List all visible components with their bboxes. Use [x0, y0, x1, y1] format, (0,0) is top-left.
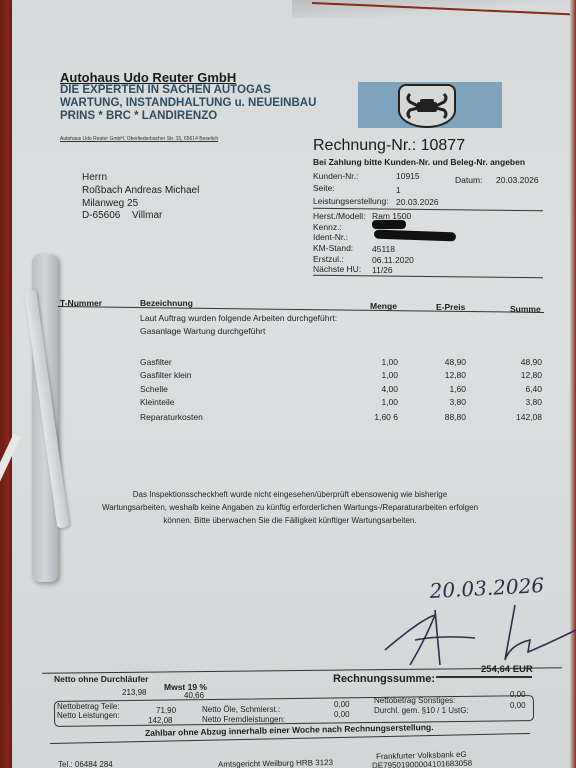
customer-no-label: Kunden-Nr.:: [313, 171, 358, 181]
work-intro: Laut Auftrag wurden folgende Arbeiten du…: [140, 313, 337, 323]
service-date-label: Leistungserstellung:: [313, 196, 389, 206]
external-amount: 0,00: [334, 710, 350, 719]
next-inspection: 11/26: [372, 265, 393, 275]
net-label: Netto ohne Durchläufer: [54, 674, 148, 684]
sum-underline: [436, 676, 532, 678]
recipient-postal-code: D-65606: [82, 210, 120, 221]
plate-redaction: [372, 220, 406, 229]
parts-amount: 71,90: [156, 706, 176, 715]
inspection-notice: Das Inspektionsscheckheft wurde nicht ei…: [100, 488, 480, 527]
company-logo: [358, 82, 502, 128]
page-number: 1: [396, 185, 401, 195]
handwritten-signature: 20.03.2026: [380, 570, 576, 670]
payment-note: Bei Zahlung bitte Kunden-Nr. und Beleg-N…: [313, 157, 525, 167]
recipient-name: Roßbach Andreas Michael: [82, 185, 199, 196]
footer-phone: Tel.: 06484 284: [58, 760, 113, 768]
next-hu-label: Nächste HU:: [313, 264, 361, 274]
net-amount: 213,98: [122, 688, 146, 697]
company-name: Autohaus Udo Reuter GmbH: [60, 70, 236, 85]
page-label: Seite:: [313, 183, 335, 193]
footer-court: Amtsgericht Weilburg HRB 3123: [218, 758, 333, 768]
company-tagline-1: DIE EXPERTEN IN SACHEN AUTOGAS: [60, 84, 271, 97]
transit-label: Durchl. gem. §10 / 1 UstG:: [374, 706, 469, 715]
item-quantity: 1,60 6: [362, 412, 398, 422]
invoice-title: Rechnung-Nr.: 10877: [313, 137, 465, 155]
oils-amount: 0,00: [334, 700, 350, 709]
invoice-date: 20.03.2026: [496, 175, 539, 185]
company-tagline-3: PRINS * BRC * LANDIRENZO: [60, 110, 217, 123]
external-label: Netto Fremdleistungen:: [202, 715, 285, 724]
oils-label: Netto Öle, Schmierst.:: [202, 705, 280, 714]
customer-no: 10915: [396, 171, 420, 181]
first-registration: 06.11.2020: [372, 255, 414, 265]
sender-line: Autohaus Udo Reuter GmbH, Oberliederbach…: [60, 136, 218, 142]
vin-label: Ident-Nr.:: [313, 232, 348, 242]
item-unit-price: 88,80: [430, 412, 466, 422]
item-quantity: 4,00: [362, 384, 398, 394]
item-unit-price: 1,60: [430, 384, 466, 394]
item-description: Reparaturkosten: [140, 412, 203, 422]
recipient-city: Villmar: [132, 210, 162, 221]
item-sum: 3,80: [500, 397, 542, 407]
handwritten-date: 20.03.2026: [428, 573, 545, 603]
other-label: Nettobetrag Sonstiges:: [374, 696, 455, 705]
model-label: Herst./Modell:: [313, 211, 365, 221]
plate-label: Kennz.:: [313, 222, 342, 232]
wrench-car-shield-icon: [398, 84, 456, 128]
invoice-sum-label: Rechnungssumme:: [333, 673, 435, 685]
company-tagline-2: WARTUNG, INSTANDHALTUNG u. NEUEINBAU: [60, 97, 316, 110]
invoice-sum: 254,64 EUR: [481, 664, 533, 675]
item-unit-price: 48,90: [430, 357, 466, 367]
item-description: Gasfilter: [140, 357, 172, 367]
footer-iban: DE79501900004101683058: [372, 759, 472, 768]
item-sum: 48,90: [500, 357, 542, 367]
other-amount: 0,00: [510, 690, 526, 699]
mileage-label: KM-Stand:: [313, 243, 353, 253]
transit-amount: 0,00: [510, 701, 526, 710]
item-quantity: 1,00: [362, 397, 398, 407]
labor-amount: 142,08: [148, 716, 172, 725]
labor-label: Netto Leistungen:: [57, 711, 120, 720]
recipient-salutation: Herrn: [82, 172, 107, 183]
date-label: Datum:: [455, 175, 482, 185]
item-sum: 142,08: [500, 412, 542, 422]
item-quantity: 1,00: [362, 370, 398, 380]
recipient-street: Milanweg 25: [82, 198, 138, 209]
item-sum: 12,80: [500, 370, 542, 380]
first-reg-label: Erstzul.:: [313, 254, 344, 264]
mileage: 45118: [372, 244, 395, 254]
item-quantity: 1,00: [362, 357, 398, 367]
item-description: Schelle: [140, 384, 168, 394]
item-unit-price: 3,80: [430, 397, 466, 407]
item-sum: 6,40: [500, 384, 542, 394]
item-description: Kleinteile: [140, 397, 175, 407]
item-unit-price: 12,80: [430, 370, 466, 380]
item-description: Gasfilter klein: [140, 370, 192, 380]
service-date: 20.03.2026: [396, 197, 439, 207]
work-summary: Gasanlage Wartung durchgeführt: [140, 326, 265, 336]
parts-label: Nettobetrag Teile:: [57, 702, 120, 711]
